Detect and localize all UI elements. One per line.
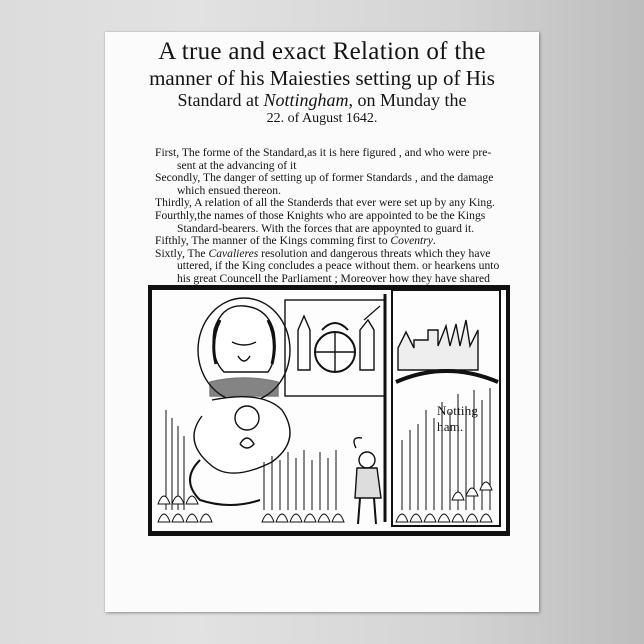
title-standard-text: Standard at bbox=[178, 90, 259, 110]
contents-item-fourth: Fourthly,the names of those Knights who … bbox=[155, 210, 525, 235]
flag-streamer bbox=[194, 397, 290, 473]
title-place-nottingham: Nottingham bbox=[263, 90, 348, 110]
item-text: Fourthly,the names of those Knights who … bbox=[155, 209, 485, 222]
woodcut-illustration: Notting ham. bbox=[148, 285, 510, 536]
title-date: 22. of August 1642. bbox=[105, 111, 539, 127]
contents-item-first: First, The forme of the Standard,as it i… bbox=[155, 147, 525, 172]
contents-item-second: Secondly, The danger of setting up of fo… bbox=[155, 172, 525, 197]
lion-supporter-icon bbox=[298, 316, 310, 370]
title-line-2: manner of his Maiesties setting up of Hi… bbox=[105, 66, 539, 90]
nottingham-town-icon bbox=[398, 320, 478, 370]
nottingham-label: Notting ham. bbox=[437, 403, 506, 435]
unicorn-supporter-icon bbox=[360, 320, 374, 370]
title-block: A true and exact Relation of the manner … bbox=[105, 38, 539, 127]
title-date-prefix: , on Munday the bbox=[349, 90, 467, 110]
poster-sheet: A true and exact Relation of the manner … bbox=[105, 32, 539, 612]
item-cavalieres: Cavalieres bbox=[208, 247, 258, 260]
item-text-end: . bbox=[433, 234, 436, 247]
contents-list: First, The forme of the Standard,as it i… bbox=[155, 147, 525, 298]
item-text-end: resolution and dangerous threats which t… bbox=[258, 247, 490, 260]
title-line-1: A true and exact Relation of the bbox=[105, 38, 539, 66]
king-portrait-icon bbox=[213, 306, 275, 372]
item-text: First, The forme of the Standard,as it i… bbox=[155, 146, 491, 159]
title-line-3: Standard at Nottingham, on Munday the bbox=[105, 90, 539, 111]
knight-armour bbox=[355, 468, 381, 498]
item-place-coventry: Coventry bbox=[390, 234, 433, 247]
item-text: Fifthly, The manner of the Kings comming… bbox=[155, 234, 390, 247]
item-text: Thirdly, A relation of all the Standerds… bbox=[155, 196, 495, 209]
item-text: Sixtly, The bbox=[155, 247, 208, 260]
item-text: Secondly, The danger of setting up of fo… bbox=[155, 171, 493, 184]
knight-helmet-icon bbox=[359, 452, 375, 468]
